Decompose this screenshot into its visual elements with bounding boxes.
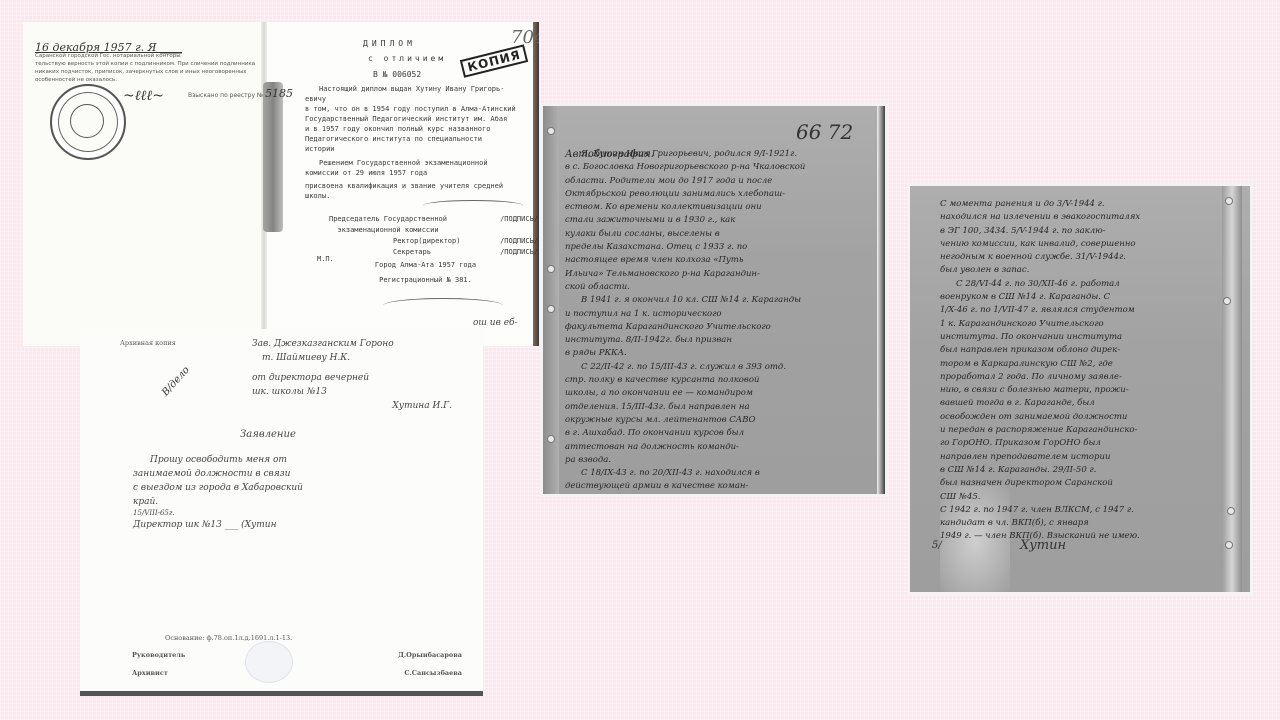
text-line: С момента ранения и до 3/V-1944 г. xyxy=(940,198,1240,211)
text-line: стр. полку в качестве курсанта полковой xyxy=(565,374,877,387)
text-line: чению комиссии, как инвалид, совершенно xyxy=(940,238,1240,251)
register-number: 5185 xyxy=(265,87,293,100)
text-line: Октябрьской революции занимались хлебопа… xyxy=(565,188,877,201)
notary-date: 16 декабря 1957 г. Я ____ xyxy=(35,44,260,52)
text-line: и передан в распоряжение Карагандинско- xyxy=(940,424,1240,437)
body-line: и в 1957 году окончил полный курс назван… xyxy=(305,124,535,134)
statement-line: край. xyxy=(105,495,475,509)
signature-swoosh xyxy=(383,298,503,313)
handwritten-number: 704 xyxy=(511,27,539,48)
text-line: 1949 г. — член ВКП(б). Взысканий не имею… xyxy=(940,530,1240,543)
notary-line: Саранской городской Гос. нотариальной ко… xyxy=(35,52,260,60)
text-line: 1 к. Карагандинского Учительского xyxy=(940,318,1240,331)
notary-line: особенностей не оказалось. xyxy=(35,76,260,84)
text-line: был направлен приказом облоно дирек- xyxy=(940,344,1240,357)
text-line: Я, Хутин Иван Григорьевич, родился 9/I-1… xyxy=(565,148,877,161)
decision-line: школы. xyxy=(305,191,535,201)
text-line: В 1941 г. я окончил 10 кл. СШ №14 г. Кар… xyxy=(565,294,877,307)
punch-hole-icon xyxy=(548,436,554,442)
registration-number: Регистрационный № 381. xyxy=(313,275,538,286)
register-label: Взыскано по реестру № xyxy=(188,92,263,99)
text-line: института. По окончании института xyxy=(940,331,1240,344)
signature-row: Секретарь /ПОДПИСЬ/ xyxy=(313,247,538,258)
text-line: области. Родители мои до 1917 года и пос… xyxy=(565,175,877,188)
text-line: стали зажиточными и в 1930 г., как xyxy=(565,214,877,227)
seal-label: М.П. xyxy=(317,254,334,265)
statement-heading: Заявление xyxy=(240,429,296,440)
text-line: пределы Казахстана. Отец с 1933 г. по xyxy=(565,241,877,254)
diploma-title: ДИПЛОМ xyxy=(363,39,416,48)
address-line: Зав. Джезказганским Гороно xyxy=(252,337,482,351)
signature-role: Председатель Государственной экзаменацио… xyxy=(313,214,463,236)
decision-line: присвоена квалификация и звание учителя … xyxy=(305,181,535,191)
statement-signature: Директор шк №13 ___ (Хутин xyxy=(105,518,475,532)
text-line: в с. Богословка Новогригорьевского р-на … xyxy=(565,161,877,174)
archive-signatories: Руководитель Д.Орынбасарова Архивист С.С… xyxy=(132,651,462,687)
body-line: Настоящий диплом выдан Хутину Ивану Григ… xyxy=(305,84,535,94)
address-line: шк. школы №13 xyxy=(252,385,482,399)
text-line: и поступил на 1 к. исторического xyxy=(565,308,877,321)
statement-body: Прошу освободить меня от занимаемой долж… xyxy=(105,453,475,532)
diploma-signatures: Председатель Государственной экзаменацио… xyxy=(313,214,538,286)
text-line: аттестован на должность команди- xyxy=(565,441,877,454)
text-line: тором в Каркаралинскую СШ №2, где xyxy=(940,358,1240,371)
text-line: направлен преподавателем истории xyxy=(940,451,1240,464)
autobiography-page-1: Автобиография. 66 72 Я, Хутин Иван Григо… xyxy=(540,103,888,497)
address-line: т. Шаймиеву Н.К. xyxy=(252,351,482,365)
folio-number: 66 72 xyxy=(796,120,853,144)
text-line: вавшей тогда в г. Караганде, был xyxy=(940,397,1240,410)
signatory-row: Архивист С.Сансызбаева xyxy=(132,669,462,677)
scan-shadow xyxy=(263,82,283,232)
footer-handwriting: ош ив еб- xyxy=(473,318,518,328)
addressee: Зав. Джезказганским Гороно т. Шаймиеву Н… xyxy=(252,337,482,413)
signature-prefix: 5/ xyxy=(932,540,942,551)
text-line: С 28/VI-44 г. по 30/XII-46 г. работал xyxy=(940,278,1240,291)
signature-swoosh xyxy=(423,200,523,211)
autobiography-page-2: С момента ранения и до 3/V-1944 г.находи… xyxy=(907,183,1253,595)
text-line: С 18/IX-43 г. по 20/XII-43 г. находился … xyxy=(565,467,877,480)
text-line: С 22/II-42 г. по 15/III-43 г. служил в 3… xyxy=(565,361,877,374)
body-line: истории xyxy=(305,144,535,154)
scan-edge xyxy=(877,106,885,494)
text-line: находился на излечении в эвакогоспиталях xyxy=(940,211,1240,224)
text-line: кандидат в чл. ВКП(б), с января xyxy=(940,517,1240,530)
text-line: факультета Карагандинского Учительского xyxy=(565,321,877,334)
text-line: в ЭГ 100, 3434. 5/V-1944 г. по заклю- xyxy=(940,225,1240,238)
signature-row: Председатель Государственной экзаменацио… xyxy=(313,214,538,236)
text-line: института. 8/II-1942г. был призван xyxy=(565,334,877,347)
notary-line: тельствую верность этой копии с подлинни… xyxy=(35,60,260,68)
archive-copy: Архивная копия Зав. Джезказганским Горон… xyxy=(80,329,483,696)
diploma-copy: 16 декабря 1957 г. Я ____ Саранской горо… xyxy=(23,22,539,346)
author-signature: Хутин xyxy=(1020,538,1066,553)
text-line: дира стрелкового взвода 153 гв. стр. пол… xyxy=(565,494,877,497)
text-line: негодным к военной службе. 31/V-1944г. xyxy=(940,251,1240,264)
text-line: военруком в СШ №14 г. Караганды. С xyxy=(940,291,1240,304)
autobiography-text: Я, Хутин Иван Григорьевич, родился 9/I-1… xyxy=(565,148,877,497)
signature-row: Ректор(директор) /ПОДПИСЬ/ xyxy=(313,236,538,247)
text-line: школы, а по окончании ее — командиром xyxy=(565,387,877,400)
text-line: проработал 2 года. По личному заявле- xyxy=(940,371,1240,384)
text-line: ра взвода. xyxy=(565,454,877,467)
signature-value: /ПОДПИСЬ/ xyxy=(500,247,538,258)
scan-edge xyxy=(80,691,483,696)
autobiography-text: С момента ранения и до 3/V-1944 г.находи… xyxy=(940,198,1240,544)
punch-hole-icon xyxy=(548,306,554,312)
text-line: С 1942 г. по 1947 г. член ВЛКСМ, с 1947 … xyxy=(940,504,1240,517)
notary-certification: 16 декабря 1957 г. Я ____ Саранской горо… xyxy=(35,44,260,84)
signatory-role: Руководитель xyxy=(132,651,185,659)
text-line: в ряды РККА. xyxy=(565,347,877,360)
notary-line: никаких подчисток, приписок, зачеркнутых… xyxy=(35,68,260,76)
text-line: окружные курсы мл. лейтенантов САВО xyxy=(565,414,877,427)
signatory-row: Руководитель Д.Орынбасарова xyxy=(132,651,462,659)
text-line: го ГорОНО. Приказом ГорОНО был xyxy=(940,437,1240,450)
text-line: был назначен директором Саранской xyxy=(940,477,1240,490)
text-line: кулаки были сосланы, выселены в xyxy=(565,228,877,241)
notary-register: Взыскано по реестру № 5185 xyxy=(188,87,293,100)
text-line: нию, в связи с болезнью матери, прожи- xyxy=(940,384,1240,397)
punch-hole-icon xyxy=(548,128,554,134)
text-line: ской области. xyxy=(565,281,877,294)
text-line: еством. Ко времени коллективизации они xyxy=(565,201,877,214)
body-line: Педагогического института по специальнос… xyxy=(305,134,535,144)
body-line: в том, что он в 1954 году поступил в Алм… xyxy=(305,104,535,114)
text-line: действующей армии в качестве коман- xyxy=(565,480,877,493)
diploma-subtitle: с отличием xyxy=(368,54,446,63)
statement-line: Прошу освободить меня от xyxy=(105,453,475,467)
text-line: освобожден от занимаемой должности xyxy=(940,411,1240,424)
text-line: Ильича» Тельмановского р-на Карагандин- xyxy=(565,268,877,281)
text-line: 1/X-46 г. по 1/VII-47 г. являлся студент… xyxy=(940,304,1240,317)
notary-seal-icon xyxy=(50,84,126,160)
statement-date: 15/VIII-65г. xyxy=(105,509,475,518)
body-line: евичу xyxy=(305,94,535,104)
city-year: Город Алма-Ата 1957 года xyxy=(313,260,538,271)
text-line: в СШ №14 г. Караганды. 29/II-50 г. xyxy=(940,464,1240,477)
body-line: Государственный Педагогический институт … xyxy=(305,114,535,124)
decision-line: Решением Государственной экзаменационной xyxy=(305,158,535,168)
notary-signature: ~ℓℓℓ~ xyxy=(123,88,164,105)
signatory-role: Архивист xyxy=(132,669,168,677)
signatory-name: Д.Орынбасарова xyxy=(398,651,462,659)
signatory-name: С.Сансызбаева xyxy=(404,669,462,677)
statement-line: с выездом из города в Хабаровский xyxy=(105,481,475,495)
text-line: настоящее время член колхоза «Путь xyxy=(565,254,877,267)
diploma-body: Настоящий диплом выдан Хутину Ивану Григ… xyxy=(305,84,535,201)
signature-value: /ПОДПИСЬ/ xyxy=(500,214,538,236)
text-line: отделения. 15/III-43г. был направлен на xyxy=(565,401,877,414)
signature-value: /ПОДПИСЬ/ xyxy=(500,236,538,247)
punch-hole-icon xyxy=(548,266,554,272)
text-line: СШ №45. xyxy=(940,491,1240,504)
text-line: был уволен в запас. xyxy=(940,264,1240,277)
address-line: Хутина И.Г. xyxy=(252,399,482,413)
address-line: от директора вечерней xyxy=(252,371,482,385)
text-line: в г. Ашхабад. По окончании курсов был xyxy=(565,427,877,440)
decision-line: комиссии от 29 июля 1957 года xyxy=(305,168,535,178)
diploma-number: В № 006052 xyxy=(373,70,421,79)
statement-line: занимаемой должности в связи xyxy=(105,467,475,481)
archive-label: Архивная копия xyxy=(120,339,176,347)
signature-role: Ректор(директор) xyxy=(313,236,460,247)
resolution-note: В/дело xyxy=(160,365,192,399)
copy-stamp: КОПИЯ xyxy=(460,44,529,78)
